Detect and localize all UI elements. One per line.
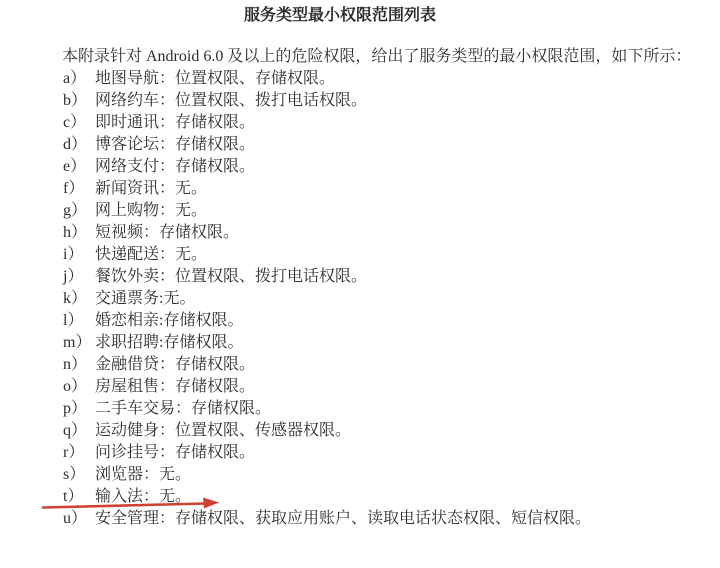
item-text: 交通票务:无。 (95, 290, 195, 307)
item-letter: t） (63, 486, 95, 508)
item-text: 运动健身：位置权限、传感器权限。 (95, 422, 351, 439)
item-text: 网络支付：存储权限。 (95, 158, 255, 175)
item-letter: p） (63, 398, 95, 420)
item-text: 二手车交易：存储权限。 (95, 400, 271, 417)
list-item: f）新闻资讯：无。 (63, 178, 720, 200)
item-text: 即时通讯：存储权限。 (95, 114, 255, 131)
item-letter: m） (63, 332, 95, 354)
list-item: g）网上购物：无。 (63, 200, 720, 222)
item-letter: f） (63, 178, 95, 200)
item-letter: i） (63, 244, 95, 266)
list-item: s）浏览器：无。 (63, 464, 720, 486)
item-text: 博客论坛：存储权限。 (95, 136, 255, 153)
list-item: o）房屋租售：存储权限。 (63, 376, 720, 398)
list-item: l）婚恋相亲:存储权限。 (63, 310, 720, 332)
item-text: 问诊挂号：存储权限。 (95, 444, 255, 461)
item-text: 求职招聘:存储权限。 (95, 334, 243, 351)
item-text: 新闻资讯：无。 (95, 180, 207, 197)
permission-list: a）地图导航：位置权限、存储权限。 b）网络约车：位置权限、拨打电话权限。 c）… (63, 68, 720, 530)
item-text: 金融借贷：存储权限。 (95, 356, 255, 373)
item-letter: l） (63, 310, 95, 332)
item-letter: a） (63, 68, 95, 90)
item-text: 婚恋相亲:存储权限。 (95, 312, 243, 329)
list-item: n）金融借贷：存储权限。 (63, 354, 720, 376)
item-text: 网上购物：无。 (95, 202, 207, 219)
item-text: 浏览器：无。 (95, 466, 191, 483)
item-letter: c） (63, 112, 95, 134)
item-text: 网络约车：位置权限、拨打电话权限。 (95, 92, 367, 109)
list-item: d）博客论坛：存储权限。 (63, 134, 720, 156)
list-item: q）运动健身：位置权限、传感器权限。 (63, 420, 720, 442)
item-text: 安全管理：存储权限、获取应用账户、读取电话状态权限、短信权限。 (95, 510, 591, 527)
list-item: i）快递配送：无。 (63, 244, 720, 266)
list-item: m）求职招聘:存储权限。 (63, 332, 720, 354)
intro-paragraph: 本附录针对 Android 6.0 及以上的危险权限，给出了服务类型的最小权限范… (30, 46, 692, 68)
item-letter: g） (63, 200, 95, 222)
item-text: 短视频：存储权限。 (95, 224, 239, 241)
list-item: h）短视频：存储权限。 (63, 222, 720, 244)
item-letter: h） (63, 222, 95, 244)
item-letter: b） (63, 90, 95, 112)
document-page: 服务类型最小权限范围列表 本附录针对 Android 6.0 及以上的危险权限，… (0, 0, 720, 568)
list-item: p）二手车交易：存储权限。 (63, 398, 720, 420)
list-item: t）输入法：无。 (63, 486, 720, 508)
item-text: 输入法：无。 (95, 488, 191, 505)
item-letter: d） (63, 134, 95, 156)
item-letter: u） (63, 508, 95, 530)
item-text: 餐饮外卖：位置权限、拨打电话权限。 (95, 268, 367, 285)
list-item: k）交通票务:无。 (63, 288, 720, 310)
list-item: c）即时通讯：存储权限。 (63, 112, 720, 134)
item-text: 房屋租售：存储权限。 (95, 378, 255, 395)
list-item: j）餐饮外卖：位置权限、拨打电话权限。 (63, 266, 720, 288)
item-text: 快递配送：无。 (95, 246, 207, 263)
item-letter: e） (63, 156, 95, 178)
item-letter: o） (63, 376, 95, 398)
list-item: r）问诊挂号：存储权限。 (63, 442, 720, 464)
item-letter: j） (63, 266, 95, 288)
list-item: e）网络支付：存储权限。 (63, 156, 720, 178)
item-letter: r） (63, 442, 95, 464)
item-letter: q） (63, 420, 95, 442)
item-letter: k） (63, 288, 95, 310)
item-letter: s） (63, 464, 95, 486)
item-letter: n） (63, 354, 95, 376)
list-item: a）地图导航：位置权限、存储权限。 (63, 68, 720, 90)
item-text: 地图导航：位置权限、存储权限。 (95, 70, 335, 87)
list-item: b）网络约车：位置权限、拨打电话权限。 (63, 90, 720, 112)
page-title: 服务类型最小权限范围列表 (0, 0, 720, 26)
list-item: u）安全管理：存储权限、获取应用账户、读取电话状态权限、短信权限。 (63, 508, 720, 530)
